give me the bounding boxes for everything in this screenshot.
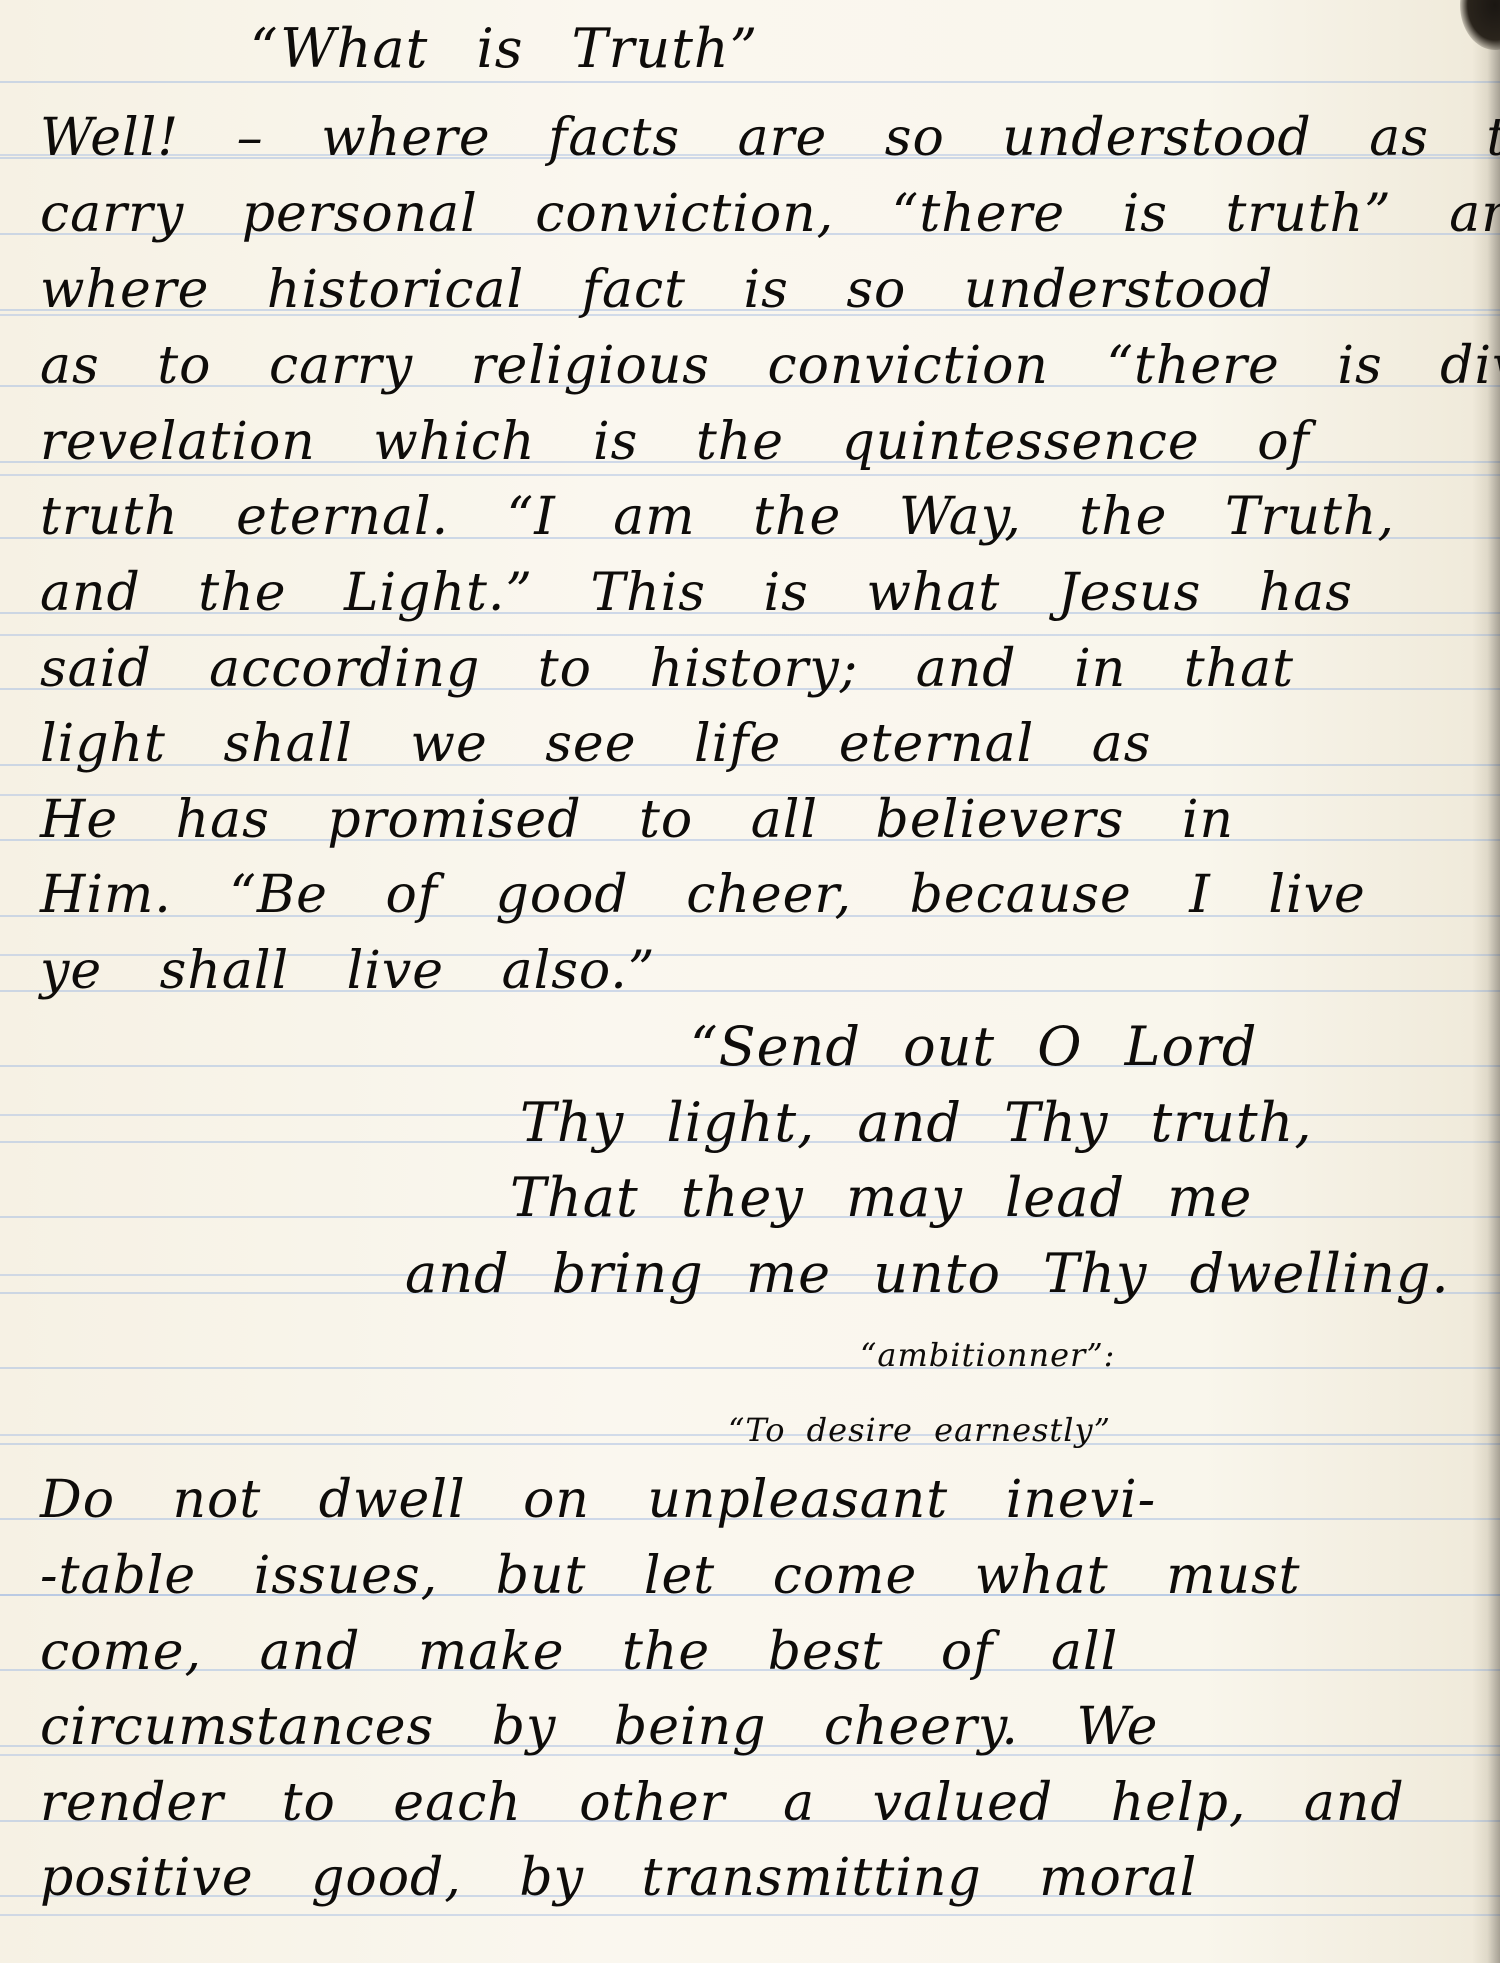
verse-line: Thy light, and Thy truth,: [520, 1096, 1313, 1150]
page-edge-shadow: [1472, 0, 1500, 1963]
text-line: He has promised to all believers in: [40, 794, 1234, 846]
text-line: render to each other a valued help, and: [40, 1777, 1405, 1829]
text-line: truth eternal. “I am the Way, the Truth,: [40, 491, 1395, 543]
text-line: where historical fact is so understood: [40, 264, 1273, 316]
note-line: “To desire earnestly”: [728, 1414, 1111, 1446]
notebook-page: “What is Truth” Well! – where facts are …: [0, 0, 1500, 1963]
verse-line: and bring me unto Thy dwelling.: [405, 1247, 1450, 1301]
text-line: -table issues, but let come what must: [40, 1550, 1301, 1602]
text-line: light shall we see life eternal as: [40, 718, 1151, 770]
verse-line: “Send out O Lord: [690, 1020, 1257, 1074]
verse-line: That they may lead me: [510, 1171, 1252, 1225]
text-line: Well! – where facts are so understood as…: [40, 112, 1500, 164]
text-line: come, and make the best of all: [40, 1626, 1118, 1678]
page-title: “What is Truth”: [250, 22, 758, 76]
text-line: positive good, by transmitting moral: [40, 1852, 1197, 1904]
text-line: ye shall live also.”: [40, 945, 655, 997]
text-line: said according to history; and in that: [40, 643, 1294, 695]
text-line: revelation which is the quintessence of: [40, 416, 1310, 468]
text-line: as to carry religious conviction “there …: [40, 340, 1500, 392]
text-line: and the Light.” This is what Jesus has: [40, 567, 1353, 619]
text-line: Do not dwell on unpleasant inevi-: [40, 1474, 1156, 1526]
page-corner-shadow: [1460, 0, 1500, 50]
text-line: circumstances by being cheery. We: [40, 1701, 1158, 1753]
text-line: carry personal conviction, “there is tru…: [40, 188, 1500, 240]
note-line: “ambitionner”:: [860, 1339, 1115, 1371]
text-line: Him. “Be of good cheer, because I live: [40, 869, 1366, 921]
